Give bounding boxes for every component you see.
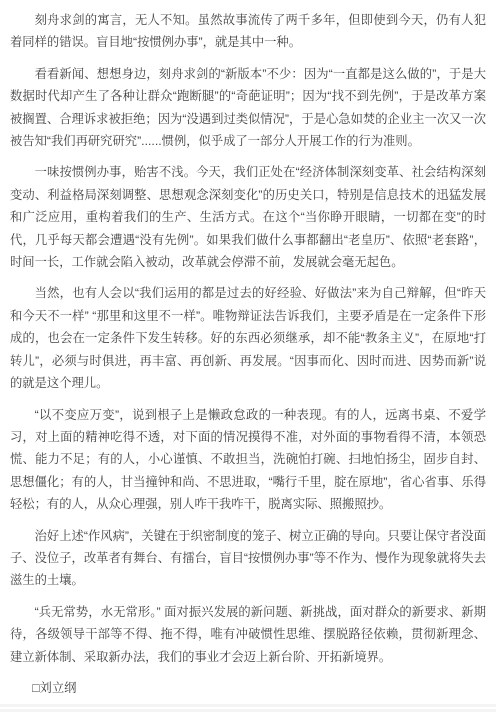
article-paragraph-4: 当然，也有人会以“我们运用的都是过去的好经验、好做法”来为自己辩解，但“昨天和今… [10, 282, 486, 394]
article-paragraph-7: “兵无常势，水无常形。” 面对振兴发展的新问题、新挑战，面对群众的新要求、新期待… [10, 601, 486, 668]
divider-bar [0, 704, 496, 707]
article-page: 刻舟求剑的寓言，无人不知。虽然故事流传了两千多年，但即使到今天，仍有人犯着同样的… [0, 0, 496, 699]
article-paragraph-3: 一味按惯例办事，贻害不浅。今天，我们正处在“经济体制深刻变革、社会结构深刻变动、… [10, 161, 486, 273]
article-paragraph-6: 治好上述“作风病”，关键在于织密制度的笼子、树立正确的导向。只要让保守者没面子、… [10, 525, 486, 592]
article-paragraph-2: 看看新闻、想想身边，刻舟求剑的“新版本”不少：因为“一直都是这么做的”，于是大数… [10, 63, 486, 153]
page-bottom-divider [0, 701, 496, 712]
article-paragraph-5: “以不变应万变”，说到根子上是懒政怠政的一种表现。有的人，远离书桌、不爱学习，对… [10, 404, 486, 516]
article-paragraph-1: 刻舟求剑的寓言，无人不知。虽然故事流传了两千多年，但即使到今天，仍有人犯着同样的… [10, 9, 486, 54]
author-line: □刘立纲 [10, 677, 486, 699]
